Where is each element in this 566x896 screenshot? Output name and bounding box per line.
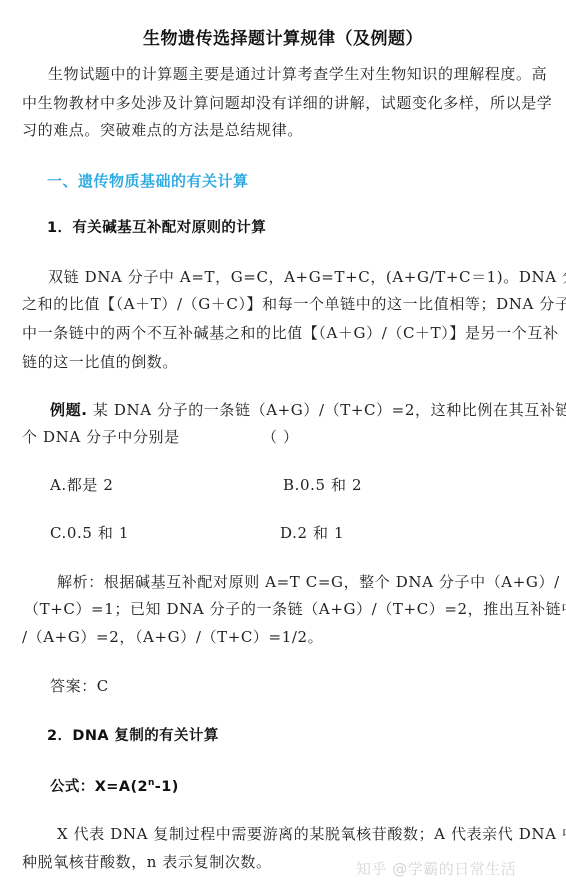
paragraph-line-1: 双链 DNA 分子中 A=T，G=C，A+G=T+C，(A+G/T+C＝1)。D… [48,267,566,287]
option-d: D.2 和 1 [280,523,344,543]
zhihu-watermark: 知乎 @学霸的日常生活 [356,858,516,879]
analysis-line-2: （T+C）=1；已知 DNA 分子的一条链（A+G）/（T+C）=2，推出互补链… [24,599,566,619]
analysis-line-3: /（A+G）=2，（A+G）/（T+C）=1/2。 [22,627,323,647]
paragraph-line-4: 链的这一比值的倒数。 [22,352,178,372]
answer: 答案：C [50,676,109,696]
example-question-text: 某 DNA 分子的一条链（A+G）/（T+C）=2，这种比例在其互补链和整 [88,401,566,419]
formula: 公式：X=A(2n-1) [50,775,179,796]
document-title: 生物遗传选择题计算规律（及例题） [0,24,566,49]
section-heading-genetic-material: 一、遗传物质基础的有关计算 [47,170,249,191]
explanation-line-2: 种脱氧核苷酸数，n 表示复制次数。 [22,852,272,872]
subheading-base-pairing: 1．有关碱基互补配对原则的计算 [47,216,266,237]
intro-line-3: 习的难点。突破难点的方法是总结规律。 [22,120,303,140]
option-c: C.0.5 和 1 [50,523,129,543]
formula-exponent: n [148,778,155,788]
intro-line-2: 中生物教材中多处涉及计算问题却没有详细的讲解，试题变化多样，所以是学 [22,93,552,113]
example-label: 例题. [50,401,88,419]
paragraph-line-2: 之和的比值【（A＋T）/（G＋C）】和每一个单链中的这一比值相等；DNA 分子 [22,294,566,314]
answer-blank: （ ） [262,427,299,447]
paragraph-line-3: 中一条链中的两个不互补碱基之和的比值【（A＋G）/（C＋T）】是另一个互补 [22,323,559,343]
example-line-1: 例题. 某 DNA 分子的一条链（A+G）/（T+C）=2，这种比例在其互补链和… [50,400,566,420]
intro-line-1: 生物试题中的计算题主要是通过计算考查学生对生物知识的理解程度。高 [48,64,547,84]
analysis-line-1: 解析：根据碱基互补配对原则 A=T C=G，整个 DNA 分子中（A+G）/ [57,572,560,592]
subheading-dna-replication: 2．DNA 复制的有关计算 [47,724,219,745]
explanation-line-1: X 代表 DNA 复制过程中需要游离的某脱氧核苷酸数；A 代表亲代 DNA 中该 [57,824,566,844]
formula-tail: -1) [155,779,179,795]
option-b: B.0.5 和 2 [283,475,362,495]
formula-main: 公式：X=A(2 [50,779,148,795]
example-line-2: 个 DNA 分子中分别是 [22,427,180,447]
option-a: A.都是 2 [50,475,114,495]
